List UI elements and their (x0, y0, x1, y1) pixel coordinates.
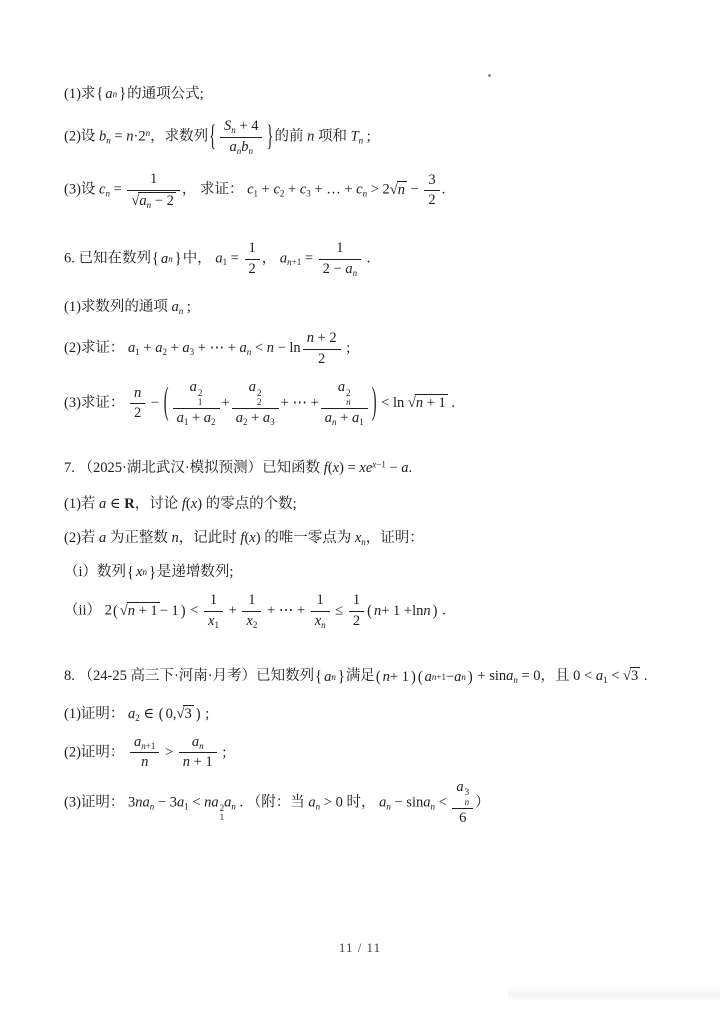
problem6-part3: (3)求证： n2 − (a21a1 + a2 + a22a2 + a3 + ⋯… (64, 379, 662, 428)
problem7-part2-i: （i）数列{xn}是递增数列; (64, 562, 662, 583)
problem8-part3: (3)证明： 3nan − 3a1 < na21an . （附：当 an > 0… (64, 779, 662, 828)
document-page: (1)求{an}的通项公式; (2)设 bn = n·2n，求数列{Sn + 4… (0, 0, 720, 1018)
problem5-part1: (1)求{an}的通项公式; (64, 84, 662, 105)
problem6-part2: (2)求证： a1 + a2 + a3 + ⋯ + an < n − lnn +… (64, 330, 662, 368)
problem7-part1: (1)若 a ∈ R，讨论 f(x) 的零点的个数; (64, 494, 662, 515)
problem7-part2: (2)若 a 为正整数 n，记此时 f(x) 的唯一零点为 xn，证明： (64, 528, 662, 549)
problem8-part1: (1)证明： a2 ∈ (0, √3) ; (64, 704, 662, 725)
problem7-part2-ii: （ii） 2(√n + 1 − 1) < 1x1 + 1x2 + ⋯ + 1xn… (64, 592, 662, 630)
problem6-statement: 6. 已知在数列{an}中， a1 = 12， an+1 = 12 − an . (64, 240, 662, 278)
problem6-part1: (1)求数列的通项 an ; (64, 297, 662, 318)
stray-mark (488, 74, 491, 77)
problem8-part2: (2)证明： an+1n > ann + 1 ; (64, 734, 662, 772)
problem5-part2: (2)设 bn = n·2n，求数列{Sn + 4anbn}的前 n 项和 Tn… (64, 118, 662, 156)
page-number: 11 / 11 (0, 940, 720, 956)
page-edge-artifact (508, 988, 720, 1000)
page-content: (1)求{an}的通项公式; (2)设 bn = n·2n，求数列{Sn + 4… (0, 0, 720, 827)
problem7-statement: 7. （2025·湖北武汉·模拟预测）已知函数 f(x) = xex−1 − a… (64, 458, 662, 479)
problem8-statement: 8. （24-25 高三下·河南·月考）已知数列{an}满足(n + 1)(an… (64, 666, 662, 687)
problem5-part3: (3)设 cn = 1√an − 2， 求证： c1 + c2 + c3 + …… (64, 171, 662, 210)
